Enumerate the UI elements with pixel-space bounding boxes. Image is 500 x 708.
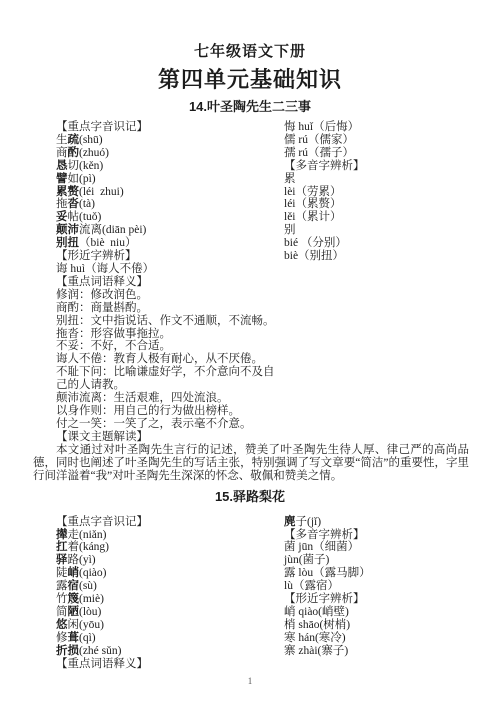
entry: 妥帖(tuǒ) [56,211,284,224]
entry: 折损(zhé sǔn) [56,645,284,658]
entry: 悔 huǐ（后悔） [284,121,472,134]
entry: 譬如(pì) [56,173,284,186]
entry: 诲 huì（诲人不倦） [56,263,284,276]
entry: 商酌：商量斟酌。 [56,302,282,315]
entry: 寒 hán(寒冷) [284,632,472,645]
entry: bié （分别） [284,237,472,250]
lesson14-right-column: 悔 huǐ（后悔）儒 rú（儒家）孺 rú（孺子）【多音字辨析】累lèi（劳累）… [284,121,472,289]
theme-paragraph: 本文通过对叶圣陶先生言行的记述，赞美了叶圣陶先生待人厚、律己严的高尚品德，同时也… [33,444,469,483]
entry: 颠沛流离(diān pèi) [56,224,284,237]
entry: 露 lòu（露马脚） [284,567,472,580]
entry: léi（累赘） [284,198,472,211]
entry: 峭 qiào(峭壁) [284,606,472,619]
entry: 别扭：文中指说话、作文不通顺，不流畅。 [56,315,282,328]
entry: 露宿(sù) [56,580,284,593]
lesson14-definitions: 修润：修改润色。商酌：商量斟酌。别扭：文中指说话、作文不通顺，不流畅。拖沓：形容… [56,289,282,431]
entry: 竹篾(miè) [56,593,284,606]
unit-title: 第四单元基础知识 [0,68,500,91]
entry: 修葺(qì) [56,632,284,645]
entry: 不耻下问：比喻谦虚好学，不介意向不及自己的人请教。 [56,366,282,392]
section-label: 【形近字辨析】 [56,250,284,263]
section-label: 【多音字辨析】 [284,160,472,173]
entry: 累 [284,173,472,186]
entry: 扛着(káng) [56,541,284,554]
theme-section-header: 【课文主题解读】 [56,431,500,444]
entry: lèi（劳累） [284,186,472,199]
entry: 陡峭(qiào) [56,567,284,580]
entry: 梢 shāo(树梢) [284,619,472,632]
document-page: 七年级语文下册 第四单元基础知识 14.叶圣陶先生二三事 【重点字音识记】生疏(… [0,44,500,686]
entry: 颠沛流离：生活艰难，四处流浪。 [56,392,282,405]
entry: 别扭（biè niu） [56,237,284,250]
entry: 拖沓：形容做事拖拉。 [56,328,282,341]
lesson15-columns: 【重点字音识记】撵走(niǎn)扛着(káng)驿路(yì)陡峭(qiào)露宿… [56,516,472,671]
entry: 诲人不倦：教育人极有耐心，从不厌倦。 [56,353,282,366]
entry: 菌 jūn（细菌） [284,541,472,554]
entry: 生疏(shū) [56,134,284,147]
section-label: 【多音字辨析】 [284,529,472,542]
entry: 驿路(yì) [56,554,284,567]
entry: 悠闲(yōu) [56,619,284,632]
section-label: 【重点词语释义】 [56,658,284,671]
entry: jùn(菌子) [284,554,472,567]
entry: 别 [284,224,472,237]
section-label: 【重点字音识记】 [56,121,284,134]
section-label: 【重点词语释义】 [56,276,284,289]
lesson15-title: 15.驿路梨花 [0,490,500,504]
entry: 儒 rú（儒家） [284,134,472,147]
section-label: 【形近字辨析】 [284,593,472,606]
entry: 不妥：不好，不合适。 [56,340,282,353]
lesson14-left-column: 【重点字音识记】生疏(shū)商酌(zhuó)恳切(kěn)譬如(pì)累赘(l… [56,121,284,289]
entry: biè（别扭） [284,250,472,263]
section-label: 【重点字音识记】 [56,516,284,529]
entry: 寨 zhài(寨子) [284,645,472,658]
book-title: 七年级语文下册 [0,44,500,60]
entry: 商酌(zhuó) [56,147,284,160]
lesson14-title: 14.叶圣陶先生二三事 [0,100,500,114]
page-number: 1 [0,676,500,686]
entry: 孺 rú（孺子） [284,147,472,160]
entry: 累赘(léi zhui) [56,186,284,199]
lesson14-columns: 【重点字音识记】生疏(shū)商酌(zhuó)恳切(kěn)譬如(pì)累赘(l… [56,121,472,289]
entry: 撵走(niǎn) [56,529,284,542]
entry: lěi（累计） [284,211,472,224]
entry: 付之一笑：一笑了之，表示毫不介意。 [56,418,282,431]
entry: 麂子(jǐ) [284,516,472,529]
lesson15-right-column: 麂子(jǐ)【多音字辨析】菌 jūn（细菌）jùn(菌子)露 lòu（露马脚）l… [284,516,472,671]
entry: 恳切(kěn) [56,160,284,173]
entry: 修润：修改润色。 [56,289,282,302]
entry: 简陋(lòu) [56,606,284,619]
lesson15-left-column: 【重点字音识记】撵走(niǎn)扛着(káng)驿路(yì)陡峭(qiào)露宿… [56,516,284,671]
entry: 以身作则：用自己的行为做出榜样。 [56,405,282,418]
entry: lù（露宿） [284,580,472,593]
entry: 拖沓(tà) [56,198,284,211]
